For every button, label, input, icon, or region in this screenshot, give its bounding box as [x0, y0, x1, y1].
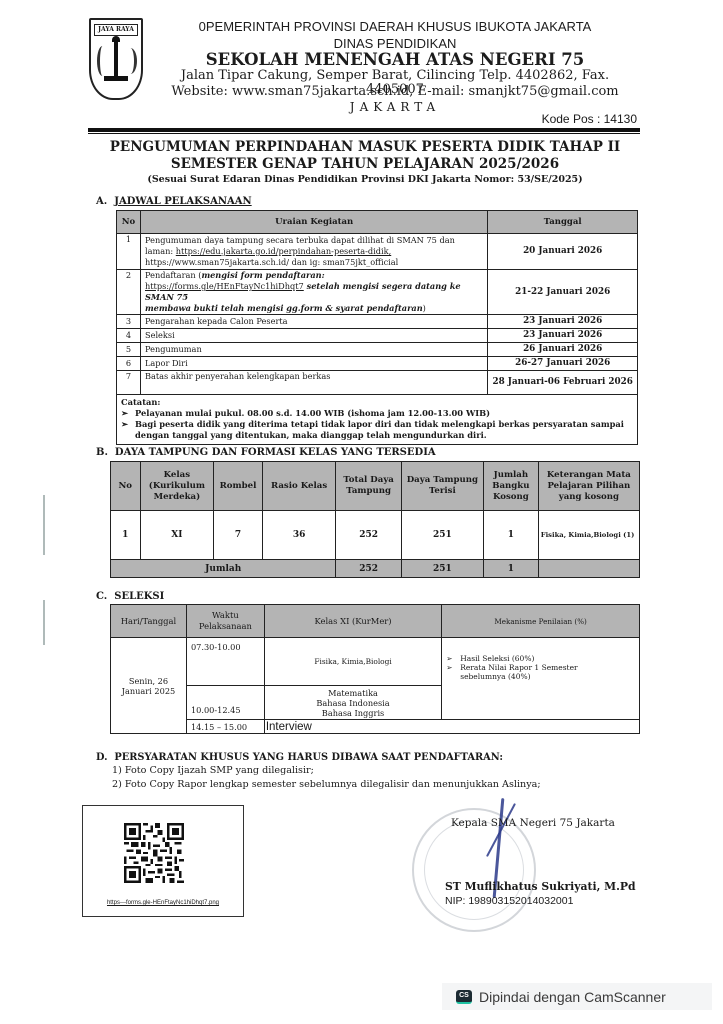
column-header: Kelas (Kurikulum Merdeka)	[140, 462, 214, 511]
subjects-cell: Matematika Bahasa Indonesia Bahasa Inggr…	[264, 686, 441, 720]
time-cell: 14.15 – 15.00	[186, 720, 264, 734]
row-number: 3	[117, 315, 141, 329]
column-header: Keterangan Mata Pelajaran Pilihan yang k…	[538, 462, 639, 511]
letterhead-department: DINAS PENDIDIKAN	[150, 37, 640, 51]
row-number: 4	[117, 329, 141, 343]
column-header: Total Daya Tampung	[336, 462, 401, 511]
activity-text: membawa bukti telah mengisi gg.form & sy…	[145, 303, 423, 313]
total-label: Jumlah	[111, 560, 336, 578]
empty-seats-sum: 1	[483, 560, 538, 578]
column-header: Rasio Kelas	[262, 462, 336, 511]
arrow-bullet-icon: ➢	[121, 408, 135, 419]
section-d-heading: D. PERSYARATAN KHUSUS YANG HARUS DIBAWA …	[96, 752, 503, 763]
table-row: 5 Pengumuman 26 Januari 2026	[117, 343, 638, 357]
activity-text: https://www.sman75jakarta.sch.id/ dan ig…	[145, 257, 398, 267]
note-item: ➢ Bagi peserta didik yang diterima tetap…	[121, 419, 633, 441]
table-row: 1 Pengumuman daya tampung secara terbuka…	[117, 234, 638, 270]
section-a-heading: A. JADWAL PELAKSANAAN	[96, 196, 252, 207]
column-header: Daya Tampung Terisi	[401, 462, 483, 511]
day-date-cell: Senin, 26 Januari 2025	[111, 638, 187, 734]
monas-base-icon	[104, 76, 128, 81]
row-number: 2	[117, 270, 141, 315]
total-row: Jumlah 252 251 1	[111, 560, 640, 578]
section-title: DAYA TAMPUNG DAN FORMASI KELAS YANG TERS…	[115, 447, 436, 458]
section-c-heading: C. SELEKSI	[96, 591, 164, 602]
postal-code: Kode Pos : 14130	[542, 112, 637, 126]
scan-margin-mark	[43, 495, 45, 555]
filled-capacity-cell: 251	[401, 511, 483, 560]
time-cell: 07.30-10.00	[186, 638, 264, 686]
arrow-bullet-icon: ➢	[121, 419, 135, 441]
camscanner-text: Dipindai dengan CamScanner	[479, 989, 666, 1005]
mechanism-item: ➢ Hasil Seleksi (60%)	[446, 654, 635, 663]
activity-text: Pendaftaran (	[145, 270, 201, 280]
activity-text: )	[423, 303, 426, 313]
camscanner-watermark: CS Dipindai dengan CamScanner	[442, 983, 712, 1010]
announcement-title: PENGUMUMAN PERPINDAHAN MASUK PESERTA DID…	[100, 139, 630, 155]
date-cell: 23 Januari 2026	[488, 329, 638, 343]
mechanism-text: Rerata Nilai Rapor 1 Semester sebelumnya…	[460, 663, 590, 681]
requirement-item: 2) Foto Copy Rapor lengkap semester sebe…	[112, 779, 541, 790]
table-row: 7 Batas akhir penyerahan kelengkapan ber…	[117, 371, 638, 395]
activity-text: mengisi form pendaftaran:	[201, 270, 324, 280]
table-row: 2 Pendaftaran (mengisi form pendaftaran:…	[117, 270, 638, 315]
section-letter: D.	[96, 752, 108, 763]
monas-icon	[114, 38, 118, 78]
signatory-nip: NIP: 198903152014032001	[445, 895, 573, 907]
activity-cell: Seleksi	[140, 329, 487, 343]
activity-cell: Pengumuman	[140, 343, 487, 357]
column-header: Rombel	[214, 462, 262, 511]
rombel-cell: 7	[214, 511, 262, 560]
table-row: 6 Lapor Diri 26-27 Januari 2026	[117, 357, 638, 371]
table-row: 3 Pengarahan kepada Calon Peserta 23 Jan…	[117, 315, 638, 329]
column-header: Hari/Tanggal	[111, 605, 187, 638]
total-capacity-cell: 252	[336, 511, 401, 560]
letterhead-government: 0PEMERINTAH PROVINSI DAERAH KHUSUS IBUKO…	[150, 20, 640, 34]
notes-cell: Catatan: ➢ Pelayanan mulai pukul. 08.00 …	[117, 395, 638, 445]
column-header: No	[117, 211, 141, 234]
column-header: Uraian Kegiatan	[140, 211, 487, 234]
table-row: 1 XI 7 36 252 251 1 Fisika, Kimia,Biolog…	[111, 511, 640, 560]
letterhead-contact: Website: www.sman75jakarta.sch.id, E-mai…	[150, 85, 640, 99]
mechanism-text: Hasil Seleksi (60%)	[460, 654, 534, 663]
row-number: 1	[117, 234, 141, 270]
announcement-reference: (Sesuai Surat Edaran Dinas Pendidikan Pr…	[100, 174, 630, 185]
mechanism-item: ➢ Rerata Nilai Rapor 1 Semester sebelumn…	[446, 663, 635, 681]
date-cell: 23 Januari 2026	[488, 315, 638, 329]
jakarta-crest-logo: JAYA RAYA	[89, 18, 143, 100]
qr-code-icon[interactable]	[124, 816, 184, 890]
column-header: Mekanisme Penilaian (%)	[442, 605, 640, 638]
section-letter: C.	[96, 591, 107, 602]
registration-form-link[interactable]: https://forms.gle/HEnFtayNc1hiDhqt7	[145, 281, 304, 291]
class-cell: XI	[140, 511, 214, 560]
selection-table: Hari/Tanggal Waktu Pelaksanaan Kelas XI …	[110, 604, 640, 734]
section-title: JADWAL PELAKSANAAN	[114, 196, 251, 207]
activity-cell: Pendaftaran (mengisi form pendaftaran: h…	[140, 270, 487, 315]
capacity-table: No Kelas (Kurikulum Merdeka) Rombel Rasi…	[110, 461, 640, 578]
row-number: 6	[117, 357, 141, 371]
note-item: ➢ Pelayanan mulai pukul. 08.00 s.d. 14.0…	[121, 408, 633, 419]
section-letter: B.	[96, 447, 108, 458]
edu-jakarta-link[interactable]: https://edu.jakarta.go.id/perpindahan-pe…	[176, 246, 391, 256]
arrow-bullet-icon: ➢	[446, 654, 460, 663]
letterhead-divider-thin	[88, 133, 640, 134]
notes-row: Catatan: ➢ Pelayanan mulai pukul. 08.00 …	[117, 395, 638, 445]
column-header: Tanggal	[488, 211, 638, 234]
activity-cell: Pengumuman daya tampung secara terbuka d…	[140, 234, 487, 270]
table-row: 4 Seleksi 23 Januari 2026	[117, 329, 638, 343]
section-b-heading: B. DAYA TAMPUNG DAN FORMASI KELAS YANG T…	[96, 447, 436, 458]
column-header: Waktu Pelaksanaan	[186, 605, 264, 638]
announcement-subtitle: SEMESTER GENAP TAHUN PELAJARAN 2025/2026	[100, 156, 630, 172]
qr-caption-link[interactable]: https---forms.gle-HEnFtayNc1hiDhqt7.png	[89, 900, 237, 906]
ratio-cell: 36	[262, 511, 336, 560]
note-text: Pelayanan mulai pukul. 08.00 s.d. 14.00 …	[135, 408, 490, 419]
date-cell: 26-27 Januari 2026	[488, 357, 638, 371]
section-letter: A.	[96, 196, 107, 207]
column-header: Jumlah Bangku Kosong	[483, 462, 538, 511]
date-cell: 20 Januari 2026	[488, 234, 638, 270]
empty-seats-cell: 1	[483, 511, 538, 560]
row-number: 1	[111, 511, 141, 560]
empty-cell	[538, 560, 639, 578]
section-title: SELEKSI	[114, 591, 164, 602]
filled-capacity-sum: 251	[401, 560, 483, 578]
activity-cell: Lapor Diri	[140, 357, 487, 371]
schedule-table: No Uraian Kegiatan Tanggal 1 Pengumuman …	[116, 210, 638, 445]
total-capacity-sum: 252	[336, 560, 401, 578]
flower-icon	[124, 48, 137, 74]
table-header-row: No Uraian Kegiatan Tanggal	[117, 211, 638, 234]
signatory-title: Kepala SMA Negeri 75 Jakarta	[451, 817, 615, 829]
signatory-name: ST Muflikhatus Sukriyati, M.Pd	[445, 880, 636, 893]
note-text: Bagi peserta didik yang diterima tetapi …	[135, 419, 633, 441]
requirement-item: 1) Foto Copy Ijazah SMP yang dilegalisir…	[112, 765, 314, 776]
logo-banner: JAYA RAYA	[94, 24, 138, 36]
arrow-bullet-icon: ➢	[446, 663, 460, 681]
date-cell: 26 Januari 2026	[488, 343, 638, 357]
column-header: Kelas XI (KurMer)	[264, 605, 441, 638]
activity-cell: Batas akhir penyerahan kelengkapan berka…	[140, 371, 487, 395]
row-number: 7	[117, 371, 141, 395]
interview-cell: Interview	[264, 720, 639, 734]
qr-code-box: https---forms.gle-HEnFtayNc1hiDhqt7.png	[82, 805, 244, 917]
letterhead-school-name: SEKOLAH MENENGAH ATAS NEGERI 75	[150, 51, 640, 69]
table-header-row: No Kelas (Kurikulum Merdeka) Rombel Rasi…	[111, 462, 640, 511]
table-header-row: Hari/Tanggal Waktu Pelaksanaan Kelas XI …	[111, 605, 640, 638]
date-cell: 28 Januari-06 Februari 2026	[488, 371, 638, 395]
camscanner-icon: CS	[456, 990, 472, 1004]
table-row: Senin, 26 Januari 2025 07.30-10.00 Fisik…	[111, 638, 640, 686]
subjects-cell: Fisika, Kimia,Biologi	[264, 638, 441, 686]
activity-cell: Pengarahan kepada Calon Peserta	[140, 315, 487, 329]
time-cell: 10.00-12.45	[186, 686, 264, 720]
subject-notes-cell: Fisika, Kimia,Biologi (1)	[538, 511, 639, 560]
date-cell: 21-22 Januari 2026	[488, 270, 638, 315]
section-title: PERSYARATAN KHUSUS YANG HARUS DIBAWA SAA…	[114, 752, 503, 763]
notes-label: Catatan:	[121, 397, 633, 408]
row-number: 5	[117, 343, 141, 357]
mechanism-cell: ➢ Hasil Seleksi (60%) ➢ Rerata Nilai Rap…	[442, 638, 640, 720]
scan-margin-mark	[43, 600, 45, 645]
column-header: No	[111, 462, 141, 511]
letterhead-divider	[88, 128, 640, 132]
rice-leaf-icon	[97, 46, 108, 76]
table-row: 14.15 – 15.00 Interview	[111, 720, 640, 734]
activity-text: laman:	[145, 246, 176, 256]
activity-text: Pengumuman daya tampung secara terbuka d…	[145, 235, 455, 245]
